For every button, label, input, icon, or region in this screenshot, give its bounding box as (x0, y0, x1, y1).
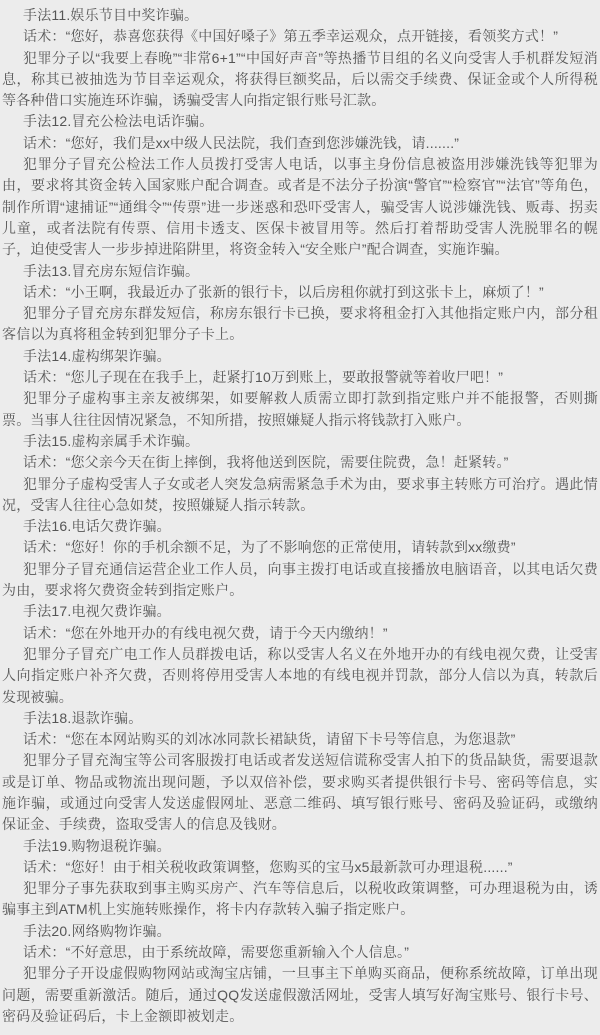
method-description: 犯罪分子冒充广电工作人员群拨电话，称以受害人名义在外地开办的有线电视欠费，让受害… (2, 644, 598, 708)
method-script: 话术：“您好！你的手机余额不足，为了不影响您的正常使用，请转款到xx缴费” (2, 537, 598, 558)
method-script: 话术：“您儿子现在在我手上，赶紧打10万到账上，要敢报警就等着收尸吧！” (2, 367, 598, 388)
method-title: 手法12.冒充公检法电话诈骗。 (2, 111, 598, 132)
method-script: 话术：“小王啊，我最近办了张新的银行卡，以后房租你就打到这张卡上，麻烦了！” (2, 282, 598, 303)
method-title: 手法11.娱乐节目中奖诈骗。 (2, 5, 598, 26)
method-description: 犯罪分子虚构受害人子女或老人突发急病需紧急手术为由，要求事主转账方可治疗。遇此情… (2, 474, 598, 517)
method-description: 犯罪分子冒充房东群发短信，称房东银行卡已换，要求将租金打入其他指定账户内，部分租… (2, 303, 598, 346)
fraud-method-section: 手法17.电视欠费诈骗。 话术：“您在外地开办的有线电视欠费，请于今天内缴纳！”… (2, 601, 598, 707)
method-title: 手法13.冒充房东短信诈骗。 (2, 261, 598, 282)
method-description: 犯罪分子冒充公检法工作人员拨打受害人电话，以事主身份信息被盗用涉嫌洗钱等犯罪为由… (2, 154, 598, 260)
method-title: 手法18.退款诈骗。 (2, 708, 598, 729)
method-script: 话术：“您父亲今天在街上摔倒，我将他送到医院，需要住院费，急！赶紧转。” (2, 452, 598, 473)
fraud-methods-document: 手法11.娱乐节目中奖诈骗。 话术：“您好，恭喜您获得《中国好嗓子》第五季幸运观… (0, 0, 600, 1035)
method-description: 犯罪分子冒充淘宝等公司客服拨打电话或者发送短信谎称受害人拍下的货品缺货，需要退款… (2, 750, 598, 835)
method-description: 犯罪分子冒充通信运营企业工作人员，向事主拨打电话或直接播放电脑语音，以其电话欠费… (2, 559, 598, 602)
method-title: 手法14.虚构绑架诈骗。 (2, 346, 598, 367)
fraud-method-section: 手法18.退款诈骗。 话术：“您在本网站购买的刘冰冰同款长裙缺货，请留下卡号等信… (2, 708, 598, 836)
method-title: 手法20.网络购物诈骗。 (2, 921, 598, 942)
fraud-method-section: 手法11.娱乐节目中奖诈骗。 话术：“您好，恭喜您获得《中国好嗓子》第五季幸运观… (2, 5, 598, 111)
method-description: 犯罪分子以“我要上春晚”“非常6+1”“中国好声音”等热播节目组的名义向受害人手… (2, 48, 598, 112)
fraud-method-section: 手法15.虚构亲属手术诈骗。 话术：“您父亲今天在街上摔倒，我将他送到医院，需要… (2, 431, 598, 516)
fraud-method-section: 手法13.冒充房东短信诈骗。 话术：“小王啊，我最近办了张新的银行卡，以后房租你… (2, 261, 598, 346)
method-description: 犯罪分子开设虚假购物网站或淘宝店铺，一旦事主下单购买商品，便称系统故障，订单出现… (2, 963, 598, 1027)
fraud-method-section: 手法16.电话欠费诈骗。 话术：“您好！你的手机余额不足，为了不影响您的正常使用… (2, 516, 598, 601)
method-title: 手法16.电话欠费诈骗。 (2, 516, 598, 537)
method-title: 手法19.购物退税诈骗。 (2, 836, 598, 857)
method-script: 话术：“您在外地开办的有线电视欠费，请于今天内缴纳！” (2, 623, 598, 644)
fraud-method-section: 手法14.虚构绑架诈骗。 话术：“您儿子现在在我手上，赶紧打10万到账上，要敢报… (2, 346, 598, 431)
method-script: 话术：“您在本网站购买的刘冰冰同款长裙缺货，请留下卡号等信息，为您退款” (2, 729, 598, 750)
method-script: 话术：“您好，恭喜您获得《中国好嗓子》第五季幸运观众，点开链接，看领奖方式！” (2, 26, 598, 47)
method-script: 话术：“您好！由于相关税收政策调整，您购买的宝马x5最新款可办理退税......… (2, 857, 598, 878)
method-title: 手法15.虚构亲属手术诈骗。 (2, 431, 598, 452)
method-description: 犯罪分子虚构事主亲友被绑架，如要解救人质需立即打款到指定账户并不能报警，否则撕票… (2, 388, 598, 431)
fraud-method-section: 手法20.网络购物诈骗。 话术：“不好意思，由于系统故障，需要您重新输入个人信息… (2, 921, 598, 1027)
method-description: 犯罪分子事先获取到事主购买房产、汽车等信息后，以税收政策调整，可办理退税为由，诱… (2, 878, 598, 921)
method-title: 手法17.电视欠费诈骗。 (2, 601, 598, 622)
fraud-method-section: 手法12.冒充公检法电话诈骗。 话术：“您好，我们是xx中级人民法院，我们查到您… (2, 111, 598, 260)
method-script: 话术：“您好，我们是xx中级人民法院，我们查到您涉嫌洗钱，请.......” (2, 133, 598, 154)
method-script: 话术：“不好意思，由于系统故障，需要您重新输入个人信息。” (2, 942, 598, 963)
fraud-method-section: 手法19.购物退税诈骗。 话术：“您好！由于相关税收政策调整，您购买的宝马x5最… (2, 836, 598, 921)
